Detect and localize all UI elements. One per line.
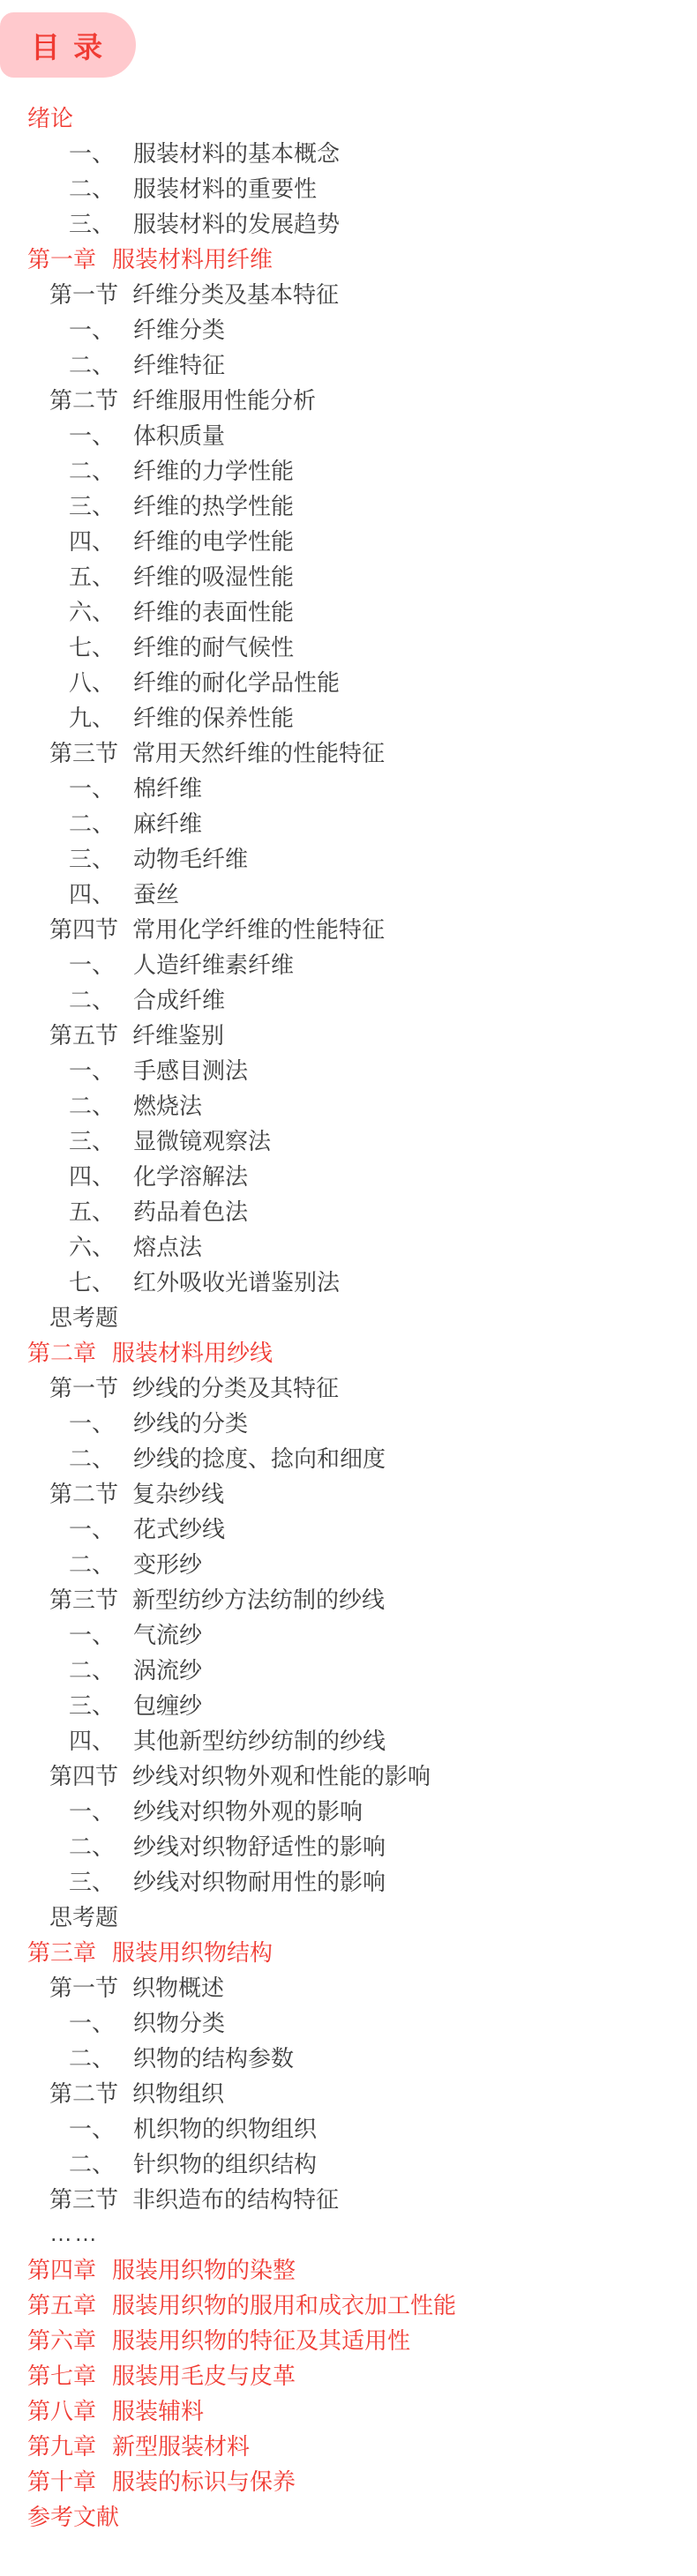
toc-section-row: 第二节纤维服用性能分析 — [0, 381, 697, 416]
entry-label: 四、 — [69, 1723, 133, 1756]
entry-label: 二、 — [69, 1547, 133, 1579]
toc-chapter-row: 参考文献 — [0, 2498, 697, 2533]
toc-chapter-row: 第九章新型服装材料 — [0, 2427, 697, 2462]
toc-chapter-row: 第八章服装辅料 — [0, 2392, 697, 2427]
entry-title: 针织物的组织结构 — [133, 2147, 317, 2179]
entry-label: 第一节 — [49, 1970, 132, 2003]
entry-title: 纱线的分类及其特征 — [132, 1370, 339, 1403]
toc-item-row: 一、人造纤维素纤维 — [0, 945, 697, 981]
toc-item-row: 一、体积质量 — [0, 416, 697, 452]
toc-item-row: 三、纱线对织物耐用性的影响 — [0, 1863, 697, 1898]
entry-title: 其他新型纺纱纺制的纱线 — [133, 1723, 386, 1756]
toc-item-row: 二、燃烧法 — [0, 1086, 697, 1122]
entry-label: 一、 — [69, 1617, 133, 1650]
entry-label: 二、 — [69, 171, 133, 204]
toc-item-row: 三、包缠纱 — [0, 1686, 697, 1721]
entry-title: 涡流纱 — [133, 1653, 202, 1685]
entry-title: 织物概述 — [132, 1970, 224, 2003]
entry-title: 化学溶解法 — [133, 1159, 248, 1191]
entry-title: 纤维分类 — [133, 312, 225, 345]
entry-label: 一、 — [69, 1794, 133, 1826]
entry-title: 纤维的电学性能 — [133, 524, 294, 556]
toc-item-row: 二、变形纱 — [0, 1545, 697, 1580]
entry-title: 蚕丝 — [133, 877, 179, 909]
entry-label: 一、 — [69, 1406, 133, 1438]
entry-label: 三、 — [69, 1124, 133, 1156]
entry-label: 一、 — [69, 771, 133, 803]
entry-label: 一、 — [69, 947, 133, 980]
entry-title: 服装材料用纱线 — [112, 1335, 273, 1368]
entry-label: 四、 — [69, 524, 133, 556]
toc-item-row: 四、蚕丝 — [0, 875, 697, 910]
entry-title: 包缠纱 — [133, 1688, 202, 1721]
entry-label: 二、 — [69, 806, 133, 839]
toc-item-row: 一、花式纱线 — [0, 1510, 697, 1545]
toc-section-row: 第一节纱线的分类及其特征 — [0, 1369, 697, 1404]
entry-label: 第四章 — [27, 2252, 112, 2285]
toc-item-row: 六、熔点法 — [0, 1228, 697, 1263]
toc-item-row: 七、纤维的耐气候性 — [0, 628, 697, 663]
toc-item-row: 四、化学溶解法 — [0, 1157, 697, 1192]
entry-label: 第一节 — [49, 277, 132, 310]
toc-item-row: 二、涡流纱 — [0, 1651, 697, 1686]
entry-title: 织物组织 — [132, 2076, 224, 2109]
toc-section-row: 第二节织物组织 — [0, 2074, 697, 2109]
toc-item-row: 三、动物毛纤维 — [0, 840, 697, 875]
entry-title: 服装用织物的染整 — [112, 2252, 296, 2285]
entry-title: 新型纺纱方法纺制的纱线 — [132, 1582, 385, 1615]
entry-title: 气流纱 — [133, 1617, 202, 1650]
entry-label: 二、 — [69, 1088, 133, 1121]
entry-title: 纤维的保养性能 — [133, 700, 294, 733]
entry-label: 第八章 — [27, 2393, 112, 2426]
entry-title: 服装材料的基本概念 — [133, 136, 340, 168]
entry-label: 一、 — [69, 2111, 133, 2144]
entry-label: 七、 — [69, 630, 133, 662]
toc-item-row: 二、织物的结构参数 — [0, 2039, 697, 2074]
entry-title: 纤维的力学性能 — [133, 453, 294, 486]
entry-label: 六、 — [69, 1229, 133, 1262]
entry-label: 六、 — [69, 594, 133, 627]
entry-label: 三、 — [69, 1864, 133, 1897]
toc-chapter-row: 第三章服装用织物结构 — [0, 1933, 697, 1968]
entry-title: 思考题 — [49, 1300, 118, 1333]
entry-label: 第十章 — [27, 2464, 112, 2497]
entry-label: 五、 — [69, 1194, 133, 1227]
entry-title: 常用天然纤维的性能特征 — [132, 735, 385, 768]
entry-title: 花式纱线 — [133, 1512, 225, 1544]
toc-item-row: 九、纤维的保养性能 — [0, 698, 697, 734]
entry-label: 二、 — [69, 1653, 133, 1685]
entry-label: 第五节 — [49, 1018, 132, 1050]
entry-label: 一、 — [69, 2005, 133, 2038]
toc-item-row: 一、棉纤维 — [0, 769, 697, 804]
toc-item-row: 五、药品着色法 — [0, 1192, 697, 1228]
entry-title: 红外吸收光谱鉴别法 — [133, 1265, 340, 1297]
toc-item-row: 一、纤维分类 — [0, 310, 697, 346]
entry-label: 一、 — [69, 1053, 133, 1086]
toc-ellipsis-row: …… — [0, 2215, 697, 2251]
toc-chapter-row: 绪论 — [0, 99, 697, 134]
toc-section-row: 第三节新型纺纱方法纺制的纱线 — [0, 1580, 697, 1616]
entry-label: 二、 — [69, 1441, 133, 1474]
toc-plain-row: 思考题 — [0, 1298, 697, 1333]
entry-title: 织物分类 — [133, 2005, 225, 2038]
toc-badge: 目 录 — [0, 12, 136, 78]
entry-title: 手感目测法 — [133, 1053, 248, 1086]
entry-title: 合成纤维 — [133, 982, 225, 1015]
entry-label: 第七章 — [27, 2358, 112, 2391]
toc-chapter-row: 第五章服装用织物的服用和成衣加工性能 — [0, 2286, 697, 2321]
entry-title: 纱线的分类 — [133, 1406, 248, 1438]
entry-label: 二、 — [69, 453, 133, 486]
entry-title: 动物毛纤维 — [133, 841, 248, 874]
entry-title: 纤维特征 — [133, 347, 225, 380]
entry-title: 体积质量 — [133, 418, 225, 451]
toc-section-row: 第三节常用天然纤维的性能特征 — [0, 734, 697, 769]
entry-label: 七、 — [69, 1265, 133, 1297]
toc-section-row: 第一节纤维分类及基本特征 — [0, 275, 697, 310]
toc-item-row: 一、手感目测法 — [0, 1051, 697, 1086]
entry-label: 第四节 — [49, 912, 132, 945]
entry-label: 九、 — [69, 700, 133, 733]
entry-label: 第二章 — [27, 1335, 112, 1368]
entry-title: 纱线对织物外观的影响 — [133, 1794, 363, 1826]
entry-title: 纤维的耐化学品性能 — [133, 665, 340, 698]
entry-title: 服装材料的重要性 — [133, 171, 317, 204]
entry-title: 服装用织物的服用和成衣加工性能 — [112, 2288, 456, 2320]
entry-title: 新型服装材料 — [112, 2429, 250, 2461]
entry-label: 第三章 — [27, 1935, 112, 1967]
toc-item-row: 二、纱线的捻度、捻向和细度 — [0, 1439, 697, 1475]
entry-title: 纤维分类及基本特征 — [132, 277, 339, 310]
entry-label: 第四节 — [49, 1758, 132, 1791]
toc-item-row: 四、其他新型纺纱纺制的纱线 — [0, 1721, 697, 1757]
entry-label: 四、 — [69, 877, 133, 909]
entry-title: 麻纤维 — [133, 806, 202, 839]
toc-section-row: 第二节复杂纱线 — [0, 1475, 697, 1510]
toc-section-row: 第五节纤维鉴别 — [0, 1016, 697, 1051]
entry-label: 第一章 — [27, 242, 112, 274]
entry-title: 熔点法 — [133, 1229, 202, 1262]
entry-label: 二、 — [69, 1829, 133, 1862]
entry-label: 第九章 — [27, 2429, 112, 2461]
toc-section-row: 第一节织物概述 — [0, 1968, 697, 2004]
toc-list: 绪论一、服装材料的基本概念二、服装材料的重要性三、服装材料的发展趋势第一章服装材… — [0, 99, 697, 2533]
entry-label: 八、 — [69, 665, 133, 698]
entry-label: 第二节 — [49, 2076, 132, 2109]
entry-label: 二、 — [69, 347, 133, 380]
toc-item-row: 七、红外吸收光谱鉴别法 — [0, 1263, 697, 1298]
toc-section-row: 第三节非织造布的结构特征 — [0, 2180, 697, 2215]
entry-title: 服装用织物的特征及其适用性 — [112, 2323, 410, 2356]
toc-section-row: 第四节纱线对织物外观和性能的影响 — [0, 1757, 697, 1792]
entry-title: 思考题 — [49, 1900, 118, 1932]
entry-title: 纤维的耐气候性 — [133, 630, 294, 662]
entry-title: 绪论 — [27, 101, 73, 133]
toc-item-row: 一、织物分类 — [0, 2004, 697, 2039]
entry-title: 人造纤维素纤维 — [133, 947, 294, 980]
entry-title: 纱线对织物外观和性能的影响 — [132, 1758, 431, 1791]
toc-chapter-row: 第六章服装用织物的特征及其适用性 — [0, 2321, 697, 2356]
entry-label: 二、 — [69, 982, 133, 1015]
entry-title: 服装用织物结构 — [112, 1935, 273, 1967]
toc-item-row: 一、机织物的织物组织 — [0, 2109, 697, 2145]
entry-label: 一、 — [69, 1512, 133, 1544]
toc-item-row: 二、纱线对织物舒适性的影响 — [0, 1827, 697, 1863]
entry-label: 第三节 — [49, 1582, 132, 1615]
entry-title: 显微镜观察法 — [133, 1124, 271, 1156]
toc-item-row: 三、显微镜观察法 — [0, 1122, 697, 1157]
entry-label: 一、 — [69, 136, 133, 168]
entry-title: 常用化学纤维的性能特征 — [132, 912, 385, 945]
entry-title: 纱线对织物舒适性的影响 — [133, 1829, 386, 1862]
toc-item-row: 一、气流纱 — [0, 1616, 697, 1651]
entry-label: 第五章 — [27, 2288, 112, 2320]
entry-title: 服装材料用纤维 — [112, 242, 273, 274]
toc-chapter-row: 第二章服装材料用纱线 — [0, 1333, 697, 1369]
entry-label: 四、 — [69, 1159, 133, 1191]
toc-item-row: 一、纱线的分类 — [0, 1404, 697, 1439]
entry-title: 纤维服用性能分析 — [132, 383, 316, 415]
entry-label: 三、 — [69, 841, 133, 874]
entry-title: 纱线对织物耐用性的影响 — [133, 1864, 386, 1897]
toc-item-row: 五、纤维的吸湿性能 — [0, 557, 697, 593]
entry-label: 一、 — [69, 312, 133, 345]
toc-section-row: 第四节常用化学纤维的性能特征 — [0, 910, 697, 945]
toc-item-row: 二、纤维特征 — [0, 346, 697, 381]
entry-title: 棉纤维 — [133, 771, 202, 803]
toc-item-row: 二、麻纤维 — [0, 804, 697, 840]
toc-item-row: 二、纤维的力学性能 — [0, 452, 697, 487]
entry-label: 五、 — [69, 559, 133, 592]
toc-item-row: 八、纤维的耐化学品性能 — [0, 663, 697, 698]
toc-item-row: 三、服装材料的发展趋势 — [0, 205, 697, 240]
entry-title: 机织物的织物组织 — [133, 2111, 317, 2144]
entry-label: 第二节 — [49, 1476, 132, 1509]
entry-label: 一、 — [69, 418, 133, 451]
toc-chapter-row: 第一章服装材料用纤维 — [0, 240, 697, 275]
entry-title: 服装的标识与保养 — [112, 2464, 296, 2497]
toc-item-row: 四、纤维的电学性能 — [0, 522, 697, 557]
toc-item-row: 六、纤维的表面性能 — [0, 593, 697, 628]
entry-title: 非织造布的结构特征 — [132, 2182, 339, 2214]
entry-label: 第一节 — [49, 1370, 132, 1403]
toc-item-row: 二、合成纤维 — [0, 981, 697, 1016]
toc-chapter-row: 第七章服装用毛皮与皮革 — [0, 2356, 697, 2392]
entry-label: 二、 — [69, 2147, 133, 2179]
entry-title: 参考文献 — [27, 2499, 119, 2532]
toc-item-row: 一、纱线对织物外观的影响 — [0, 1792, 697, 1827]
entry-title: 复杂纱线 — [132, 1476, 224, 1509]
toc-chapter-row: 第十章服装的标识与保养 — [0, 2462, 697, 2498]
entry-title: 服装辅料 — [112, 2393, 204, 2426]
entry-title: 织物的结构参数 — [133, 2041, 294, 2073]
entry-title: 纤维鉴别 — [132, 1018, 224, 1050]
entry-title: 服装材料的发展趋势 — [133, 206, 340, 239]
toc-item-row: 二、针织物的组织结构 — [0, 2145, 697, 2180]
entry-title: 燃烧法 — [133, 1088, 202, 1121]
entry-label: 第三节 — [49, 735, 132, 768]
entry-title: 纤维的热学性能 — [133, 489, 294, 521]
entry-label: 三、 — [69, 489, 133, 521]
entry-label: 二、 — [69, 2041, 133, 2073]
entry-title: 服装用毛皮与皮革 — [112, 2358, 296, 2391]
entry-title: 纤维的表面性能 — [133, 594, 294, 627]
entry-title: 纤维的吸湿性能 — [133, 559, 294, 592]
entry-label: 第三节 — [49, 2182, 132, 2214]
entry-label: 第六章 — [27, 2323, 112, 2356]
toc-item-row: 一、服装材料的基本概念 — [0, 134, 697, 169]
entry-label: 三、 — [69, 1688, 133, 1721]
entry-title: 变形纱 — [133, 1547, 202, 1579]
toc-badge-label: 目 录 — [31, 25, 105, 66]
entry-title: 纱线的捻度、捻向和细度 — [133, 1441, 386, 1474]
entry-label: 三、 — [69, 206, 133, 239]
entry-label: 第二节 — [49, 383, 132, 415]
entry-title: …… — [49, 2220, 99, 2247]
toc-item-row: 三、纤维的热学性能 — [0, 487, 697, 522]
entry-title: 药品着色法 — [133, 1194, 248, 1227]
toc-chapter-row: 第四章服装用织物的染整 — [0, 2251, 697, 2286]
toc-plain-row: 思考题 — [0, 1898, 697, 1933]
toc-item-row: 二、服装材料的重要性 — [0, 169, 697, 205]
